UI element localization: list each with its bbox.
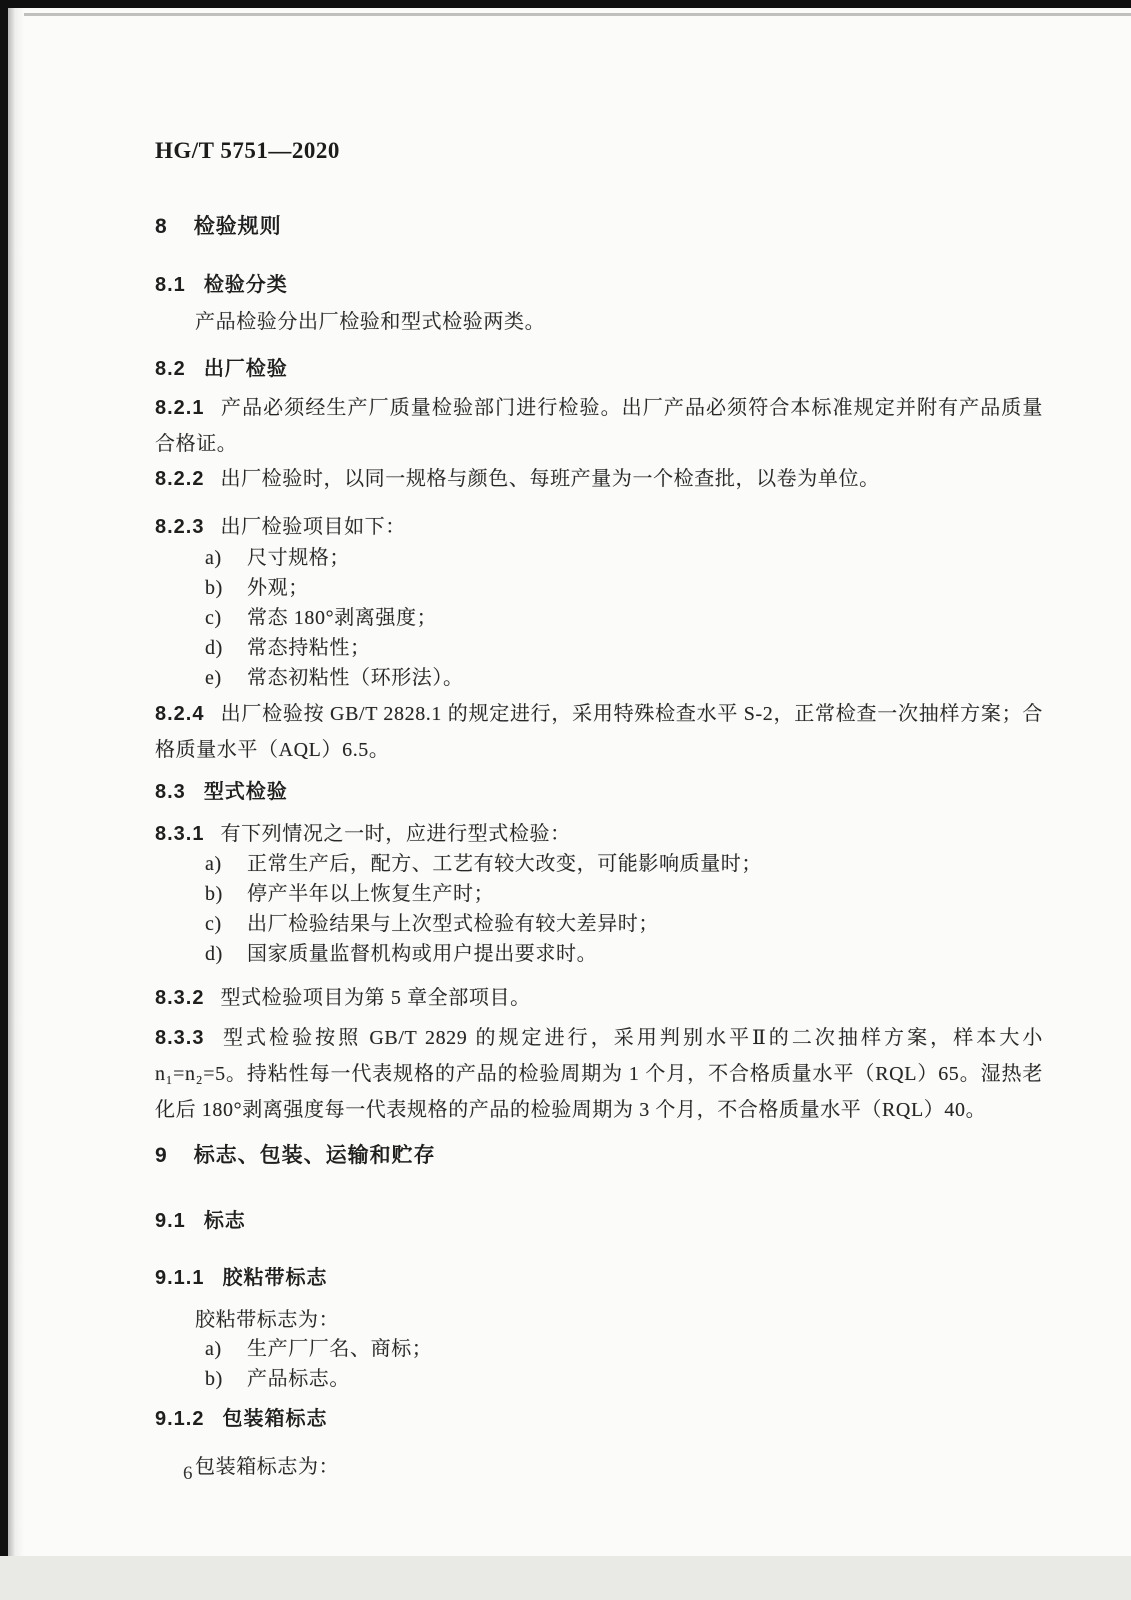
clause-title: 包装箱标志 <box>222 1408 327 1430</box>
list-item-text: 常态持粘性； <box>247 637 371 659</box>
clause-number: 8.3.1 <box>155 823 204 845</box>
clause-title: 出厂检验 <box>204 358 288 380</box>
list-item: e)常态初粘性（环形法）。 <box>155 663 1043 693</box>
heading-9-1-1: 9.1.1胶粘带标志 <box>155 1261 1043 1290</box>
clause-8-2-2: 8.2.2出厂检验时，以同一规格与颜色、每班产量为一个检查批，以卷为单位。 <box>155 461 1043 497</box>
clause-number: 9.1.1 <box>155 1267 204 1290</box>
clause-number: 9.1 <box>155 1210 186 1233</box>
list-9-1-1: a)生产厂厂名、商标； b)产品标志。 <box>155 1334 1043 1394</box>
heading-8: 8检验规则 <box>155 210 1043 240</box>
list-item-text: 正常生产后，配方、工艺有较大改变，可能影响质量时； <box>247 853 762 875</box>
list-8-3-1: a)正常生产后，配方、工艺有较大改变，可能影响质量时； b)停产半年以上恢复生产… <box>155 849 1043 969</box>
paragraph-8-1: 产品检验分出厂检验和型式检验两类。 <box>155 304 1043 340</box>
list-item-label: c) <box>205 603 229 633</box>
list-item-text: 常态初粘性（环形法）。 <box>247 667 464 689</box>
list-item: a)尺寸规格； <box>155 543 1043 573</box>
list-item: a)生产厂厂名、商标； <box>155 1334 1043 1364</box>
paragraph-9-1-2-intro: 包装箱标志为： <box>155 1449 1043 1485</box>
clause-title: 检验规则 <box>194 215 282 238</box>
clause-number: 8.3.2 <box>155 987 204 1009</box>
clause-number: 9 <box>155 1144 168 1168</box>
clause-title: 检验分类 <box>204 274 288 296</box>
standard-code: HG/T 5751—2020 <box>155 138 1043 164</box>
scan-bottom-shadow <box>0 1556 1131 1600</box>
list-item-label: a) <box>205 1334 229 1364</box>
clause-8-2-4: 8.2.4出厂检验按 GB/T 2828.1 的规定进行，采用特殊检查水平 S-… <box>155 696 1043 768</box>
clause-text: 出厂检验按 GB/T 2828.1 的规定进行，采用特殊检查水平 S-2，正常检… <box>155 703 1043 761</box>
list-item-text: 停产半年以上恢复生产时； <box>247 883 494 905</box>
list-item-text: 出厂检验结果与上次型式检验有较大差异时； <box>247 913 659 935</box>
list-item-label: d) <box>205 633 229 663</box>
clause-number: 8.2 <box>155 358 186 381</box>
list-item-label: e) <box>205 663 229 693</box>
list-item-text: 国家质量监督机构或用户提出要求时。 <box>247 943 597 965</box>
clause-number: 8.2.1 <box>155 397 204 419</box>
clause-number: 8.1 <box>155 274 186 297</box>
clause-title: 胶粘带标志 <box>222 1267 327 1289</box>
clause-title: 型式检验 <box>204 781 288 803</box>
heading-8-3: 8.3型式检验 <box>155 775 1043 804</box>
list-item-text: 产品标志。 <box>247 1368 350 1390</box>
page-left-edge-shadow <box>8 8 24 1600</box>
clause-title: 标志、包装、运输和贮存 <box>194 1144 436 1167</box>
heading-9-1: 9.1标志 <box>155 1204 1043 1233</box>
list-item: d)国家质量监督机构或用户提出要求时。 <box>155 939 1043 969</box>
list-item-label: a) <box>205 543 229 573</box>
clause-8-2-1: 8.2.1产品必须经生产厂质量检验部门进行检验。出厂产品必须符合本标准规定并附有… <box>155 390 1043 462</box>
clause-number: 8.2.3 <box>155 516 204 538</box>
list-item-label: b) <box>205 573 229 603</box>
list-item-label: a) <box>205 849 229 879</box>
clause-number: 8 <box>155 215 168 239</box>
list-item: c)常态 180°剥离强度； <box>155 603 1043 633</box>
heading-9: 9标志、包装、运输和贮存 <box>155 1139 1043 1169</box>
clause-text: 出厂检验项目如下： <box>220 516 405 538</box>
clause-title: 标志 <box>204 1210 246 1232</box>
list-item: d)常态持粘性； <box>155 633 1043 663</box>
paragraph-9-1-1-intro: 胶粘带标志为： <box>155 1302 1043 1338</box>
clause-text: 型式检验按照 GB/T 2829 的规定进行，采用判别水平Ⅱ的二次抽样方案，样本… <box>155 1027 1043 1121</box>
list-item-text: 生产厂厂名、商标； <box>247 1338 432 1360</box>
heading-9-1-2: 9.1.2包装箱标志 <box>155 1402 1043 1431</box>
clause-text: 有下列情况之一时，应进行型式检验： <box>220 823 570 845</box>
clause-text: 型式检验项目为第 5 章全部项目。 <box>220 987 530 1009</box>
list-item-text: 尺寸规格； <box>247 547 350 569</box>
page-number: 6 <box>183 1463 193 1485</box>
list-item-label: b) <box>205 1364 229 1394</box>
list-item: b)外观； <box>155 573 1043 603</box>
list-item-text: 常态 180°剥离强度； <box>247 607 437 629</box>
list-8-2-3: a)尺寸规格； b)外观； c)常态 180°剥离强度； d)常态持粘性； e)… <box>155 543 1043 693</box>
clause-8-3-2: 8.3.2型式检验项目为第 5 章全部项目。 <box>155 980 1043 1016</box>
clause-number: 8.3.3 <box>155 1027 204 1049</box>
heading-8-2: 8.2出厂检验 <box>155 352 1043 381</box>
clause-text: 出厂检验时，以同一规格与颜色、每班产量为一个检查批，以卷为单位。 <box>220 468 879 490</box>
clause-number: 8.2.4 <box>155 703 204 725</box>
list-item: c)出厂检验结果与上次型式检验有较大差异时； <box>155 909 1043 939</box>
clause-text: 产品必须经生产厂质量检验部门进行检验。出厂产品必须符合本标准规定并附有产品质量合… <box>155 397 1043 455</box>
page-content: HG/T 5751—2020 8检验规则 8.1检验分类 产品检验分出厂检验和型… <box>155 8 1043 1600</box>
scanned-page: HG/T 5751—2020 8检验规则 8.1检验分类 产品检验分出厂检验和型… <box>0 0 1131 1600</box>
list-item-text: 外观； <box>247 577 309 599</box>
list-item-label: c) <box>205 909 229 939</box>
list-item: b)停产半年以上恢复生产时； <box>155 879 1043 909</box>
clause-8-2-3: 8.2.3出厂检验项目如下： <box>155 509 1043 545</box>
paper-sheet: HG/T 5751—2020 8检验规则 8.1检验分类 产品检验分出厂检验和型… <box>8 8 1131 1600</box>
clause-number: 8.3 <box>155 781 186 804</box>
clause-number: 8.2.2 <box>155 468 204 490</box>
clause-number: 9.1.2 <box>155 1408 204 1431</box>
clause-8-3-3: 8.3.3型式检验按照 GB/T 2829 的规定进行，采用判别水平Ⅱ的二次抽样… <box>155 1020 1043 1128</box>
list-item: a)正常生产后，配方、工艺有较大改变，可能影响质量时； <box>155 849 1043 879</box>
list-item-label: d) <box>205 939 229 969</box>
clause-8-3-1: 8.3.1有下列情况之一时，应进行型式检验： <box>155 816 1043 852</box>
list-item-label: b) <box>205 879 229 909</box>
heading-8-1: 8.1检验分类 <box>155 268 1043 297</box>
list-item: b)产品标志。 <box>155 1364 1043 1394</box>
